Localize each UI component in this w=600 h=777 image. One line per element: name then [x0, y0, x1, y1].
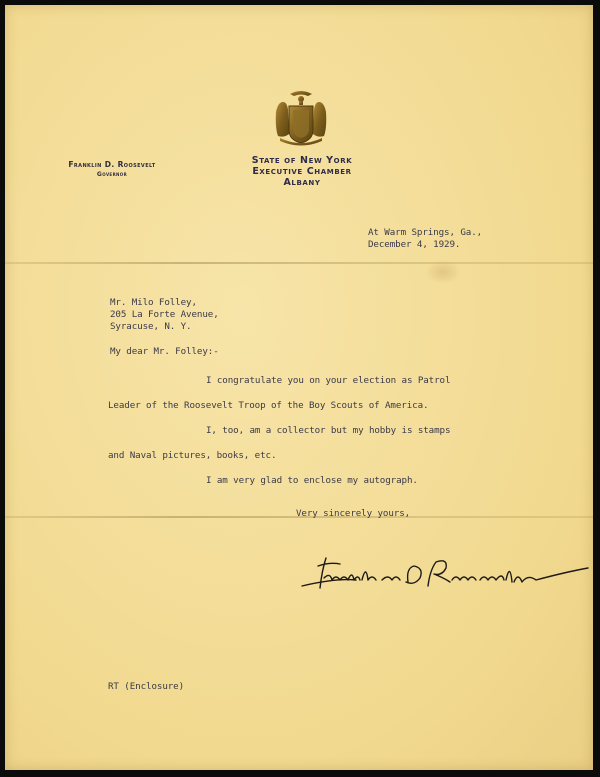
dateline-date: December 4, 1929.: [368, 239, 460, 251]
new-york-state-seal-icon: [272, 88, 330, 148]
letterhead-state: State of New York: [218, 155, 386, 166]
fold-crease-upper: [5, 262, 593, 264]
sender-name: Franklin D. Roosevelt: [52, 160, 172, 170]
sender-block: Franklin D. Roosevelt Governor: [52, 160, 172, 179]
dateline-place: At Warm Springs, Ga.,: [368, 227, 482, 239]
sender-title: Governor: [52, 170, 172, 179]
paper-stain: [425, 260, 461, 284]
enclosure-note: RT (Enclosure): [108, 681, 184, 693]
letterhead-chamber: Executive Chamber: [218, 166, 386, 177]
recipient-street: 205 La Forte Avenue,: [110, 309, 219, 321]
body-p1-line2: Leader of the Roosevelt Troop of the Boy…: [108, 400, 428, 412]
salutation: My dear Mr. Folley:-: [110, 346, 219, 358]
handwritten-signature-icon: [296, 552, 592, 602]
letterhead: State of New York Executive Chamber Alba…: [218, 155, 386, 188]
letterhead-city: Albany: [218, 177, 386, 188]
recipient-city: Syracuse, N. Y.: [110, 321, 191, 333]
body-p2-line2: and Naval pictures, books, etc.: [108, 450, 276, 462]
body-p3-line1: I am very glad to enclose my autograph.: [206, 475, 418, 487]
body-p1-line1: I congratulate you on your election as P…: [206, 375, 450, 387]
body-p2-line1: I, too, am a collector but my hobby is s…: [206, 425, 450, 437]
recipient-name: Mr. Milo Folley,: [110, 297, 197, 309]
closing: Very sincerely yours,: [296, 508, 410, 520]
